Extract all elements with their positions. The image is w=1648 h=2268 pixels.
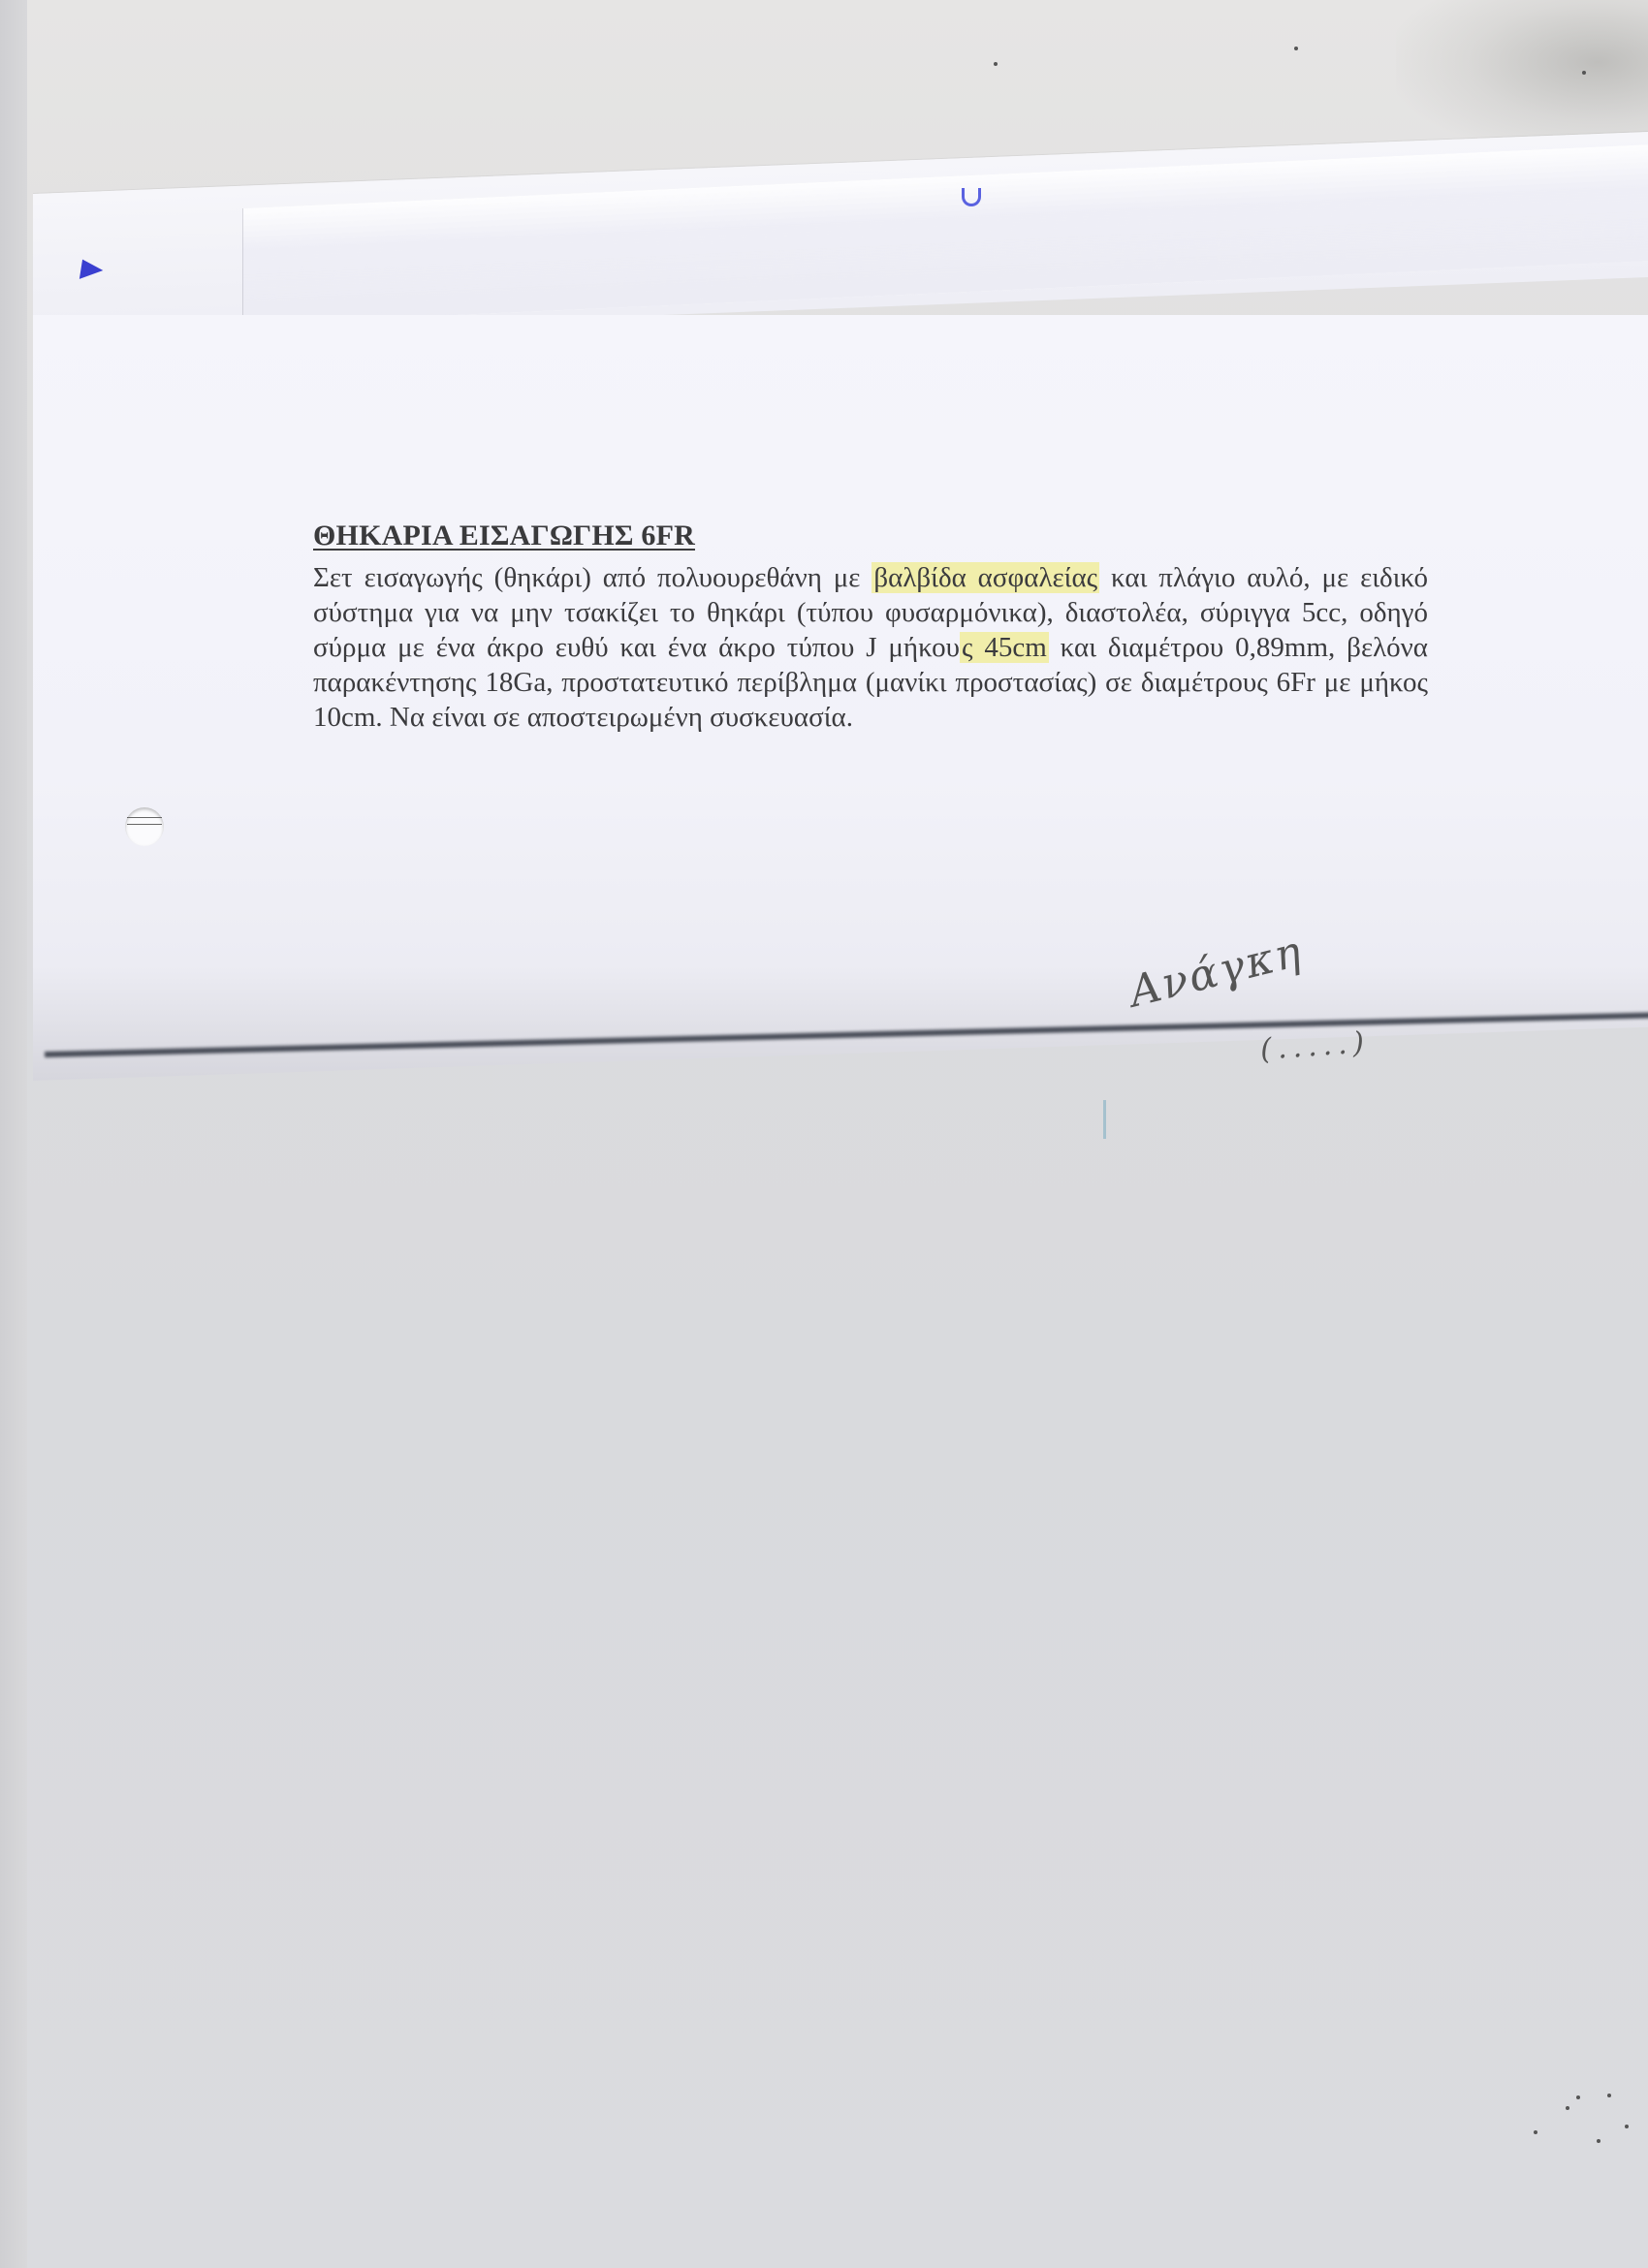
dust-speck [1294,47,1298,50]
scan-smudge [1396,0,1648,155]
dust-speck [1576,2095,1580,2099]
dust-speck [994,62,998,66]
blue-ink-line [1103,1100,1106,1139]
highlighted-text: ς 45cm [960,632,1049,663]
dust-speck [1597,2139,1600,2143]
blue-ink-curl [962,188,981,206]
dust-speck [1607,2094,1611,2097]
scanner-bed-edge [0,0,27,2268]
spec-text-part-1: Σετ εισαγωγής (θηκάρι) από πολυουρεθάνη … [313,562,872,593]
highlighted-text: βαλβίδα ασφαλείας [872,562,1099,593]
spec-text-block: ΘΗΚΑΡΙΑ ΕΙΣΑΓΩΓΗΣ 6FR Σετ εισαγωγής (θηκ… [313,520,1428,735]
handwritten-note-secondary: (.....) [1259,1025,1371,1067]
spec-paragraph: Σετ εισαγωγής (θηκάρι) από πολυουρεθάνη … [313,560,1428,735]
dust-speck [1566,2106,1569,2110]
spec-heading: ΘΗΚΑΡΙΑ ΕΙΣΑΓΩΓΗΣ 6FR [313,520,1428,552]
dust-speck [1625,2125,1629,2128]
punch-hole-icon [125,807,164,846]
dust-speck [1534,2130,1537,2134]
dust-speck [1582,71,1586,75]
